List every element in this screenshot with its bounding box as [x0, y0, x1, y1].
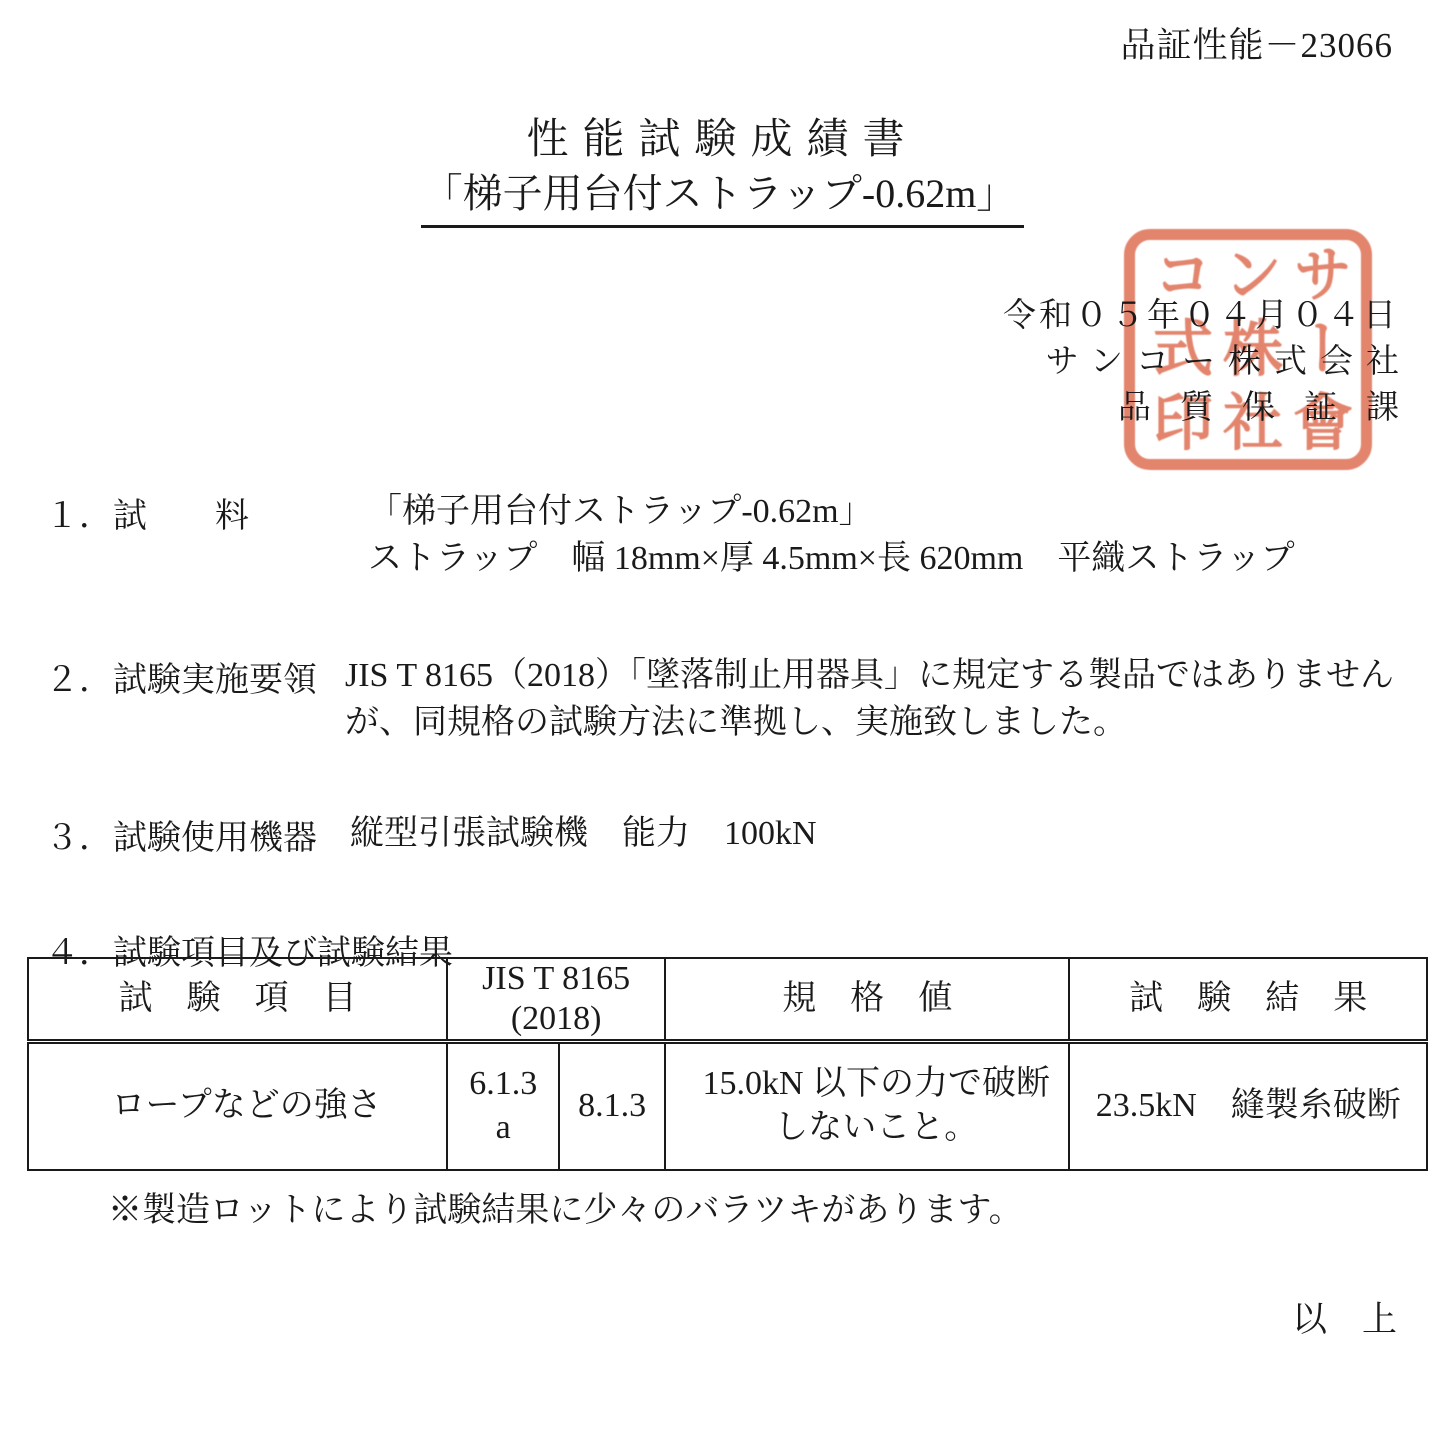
table-header-row: 試 験 項 目 JIS T 8165 (2018) 規 格 値 試 験 結 果: [28, 958, 1427, 1042]
section1-line2: ストラップ 幅 18mm×厚 4.5mm×長 620mm 平織ストラップ: [368, 535, 1295, 582]
doc-title: 性能試験成績書: [0, 106, 1445, 166]
company-name: サンコー株式会社: [1003, 339, 1412, 385]
test-results-table: 試 験 項 目 JIS T 8165 (2018) 規 格 値 試 験 結 果 …: [27, 957, 1428, 1171]
section2-line2: が、同規格の試験方法に準拠し、実施致しました。: [345, 699, 1394, 746]
section3-content: 縦型引張試験機 能力 100kN: [350, 810, 817, 857]
cell-test-result: 23.5kN 縫製糸破断: [1069, 1042, 1427, 1170]
cell-test-item: ロープなどの強さ: [28, 1042, 447, 1170]
issuer-block: 令和０５年０４月０４日 サンコー株式会社 品質保証課: [1003, 293, 1399, 431]
test-report-page: 品証性能－23066 性能試験成績書 「梯子用台付ストラップ-0.62m」 サン…: [0, 0, 1445, 1445]
header-test-result: 試 験 結 果: [1069, 958, 1427, 1042]
doc-subtitle: 「梯子用台付ストラップ-0.62m」: [421, 162, 1025, 228]
cell-spec-value: 15.0kN 以下の力で破断 しないこと。: [665, 1042, 1069, 1170]
section1-content: 「梯子用台付ストラップ-0.62m」 ストラップ 幅 18mm×厚 4.5mm×…: [368, 488, 1295, 582]
closing-mark: 以 上: [1292, 1292, 1397, 1342]
section2-line1: JIS T 8165（2018）「墜落制止用器具」に規定する製品ではありません: [345, 652, 1394, 699]
section3-label: ３．試験使用機器: [45, 810, 317, 859]
cell-jis-clause-b: 8.1.3: [559, 1042, 665, 1170]
doc-number: 品証性能－23066: [1120, 18, 1393, 68]
table-data-row: ロープなどの強さ 6.1.3 a 8.1.3 15.0kN 以下の力で破断 しな…: [28, 1042, 1427, 1170]
section1-line1: 「梯子用台付ストラップ-0.62m」: [368, 488, 1295, 535]
doc-subtitle-wrap: 「梯子用台付ストラップ-0.62m」: [0, 162, 1445, 228]
header-jis-standard: JIS T 8165 (2018): [447, 958, 665, 1042]
department-name: 品質保証課: [1003, 385, 1428, 431]
issue-date: 令和０５年０４月０４日: [1003, 293, 1399, 339]
header-test-item: 試 験 項 目: [28, 958, 447, 1042]
footnote: ※製造ロットにより試験結果に少々のバラツキがあります。: [108, 1182, 1023, 1231]
section1-label: １．試 料: [45, 488, 249, 537]
header-spec-value: 規 格 値: [665, 958, 1069, 1042]
cell-jis-clause-a: 6.1.3 a: [447, 1042, 559, 1170]
section2-content: JIS T 8165（2018）「墜落制止用器具」に規定する製品ではありません …: [345, 652, 1394, 746]
section2-label: ２．試験実施要領: [45, 652, 317, 701]
